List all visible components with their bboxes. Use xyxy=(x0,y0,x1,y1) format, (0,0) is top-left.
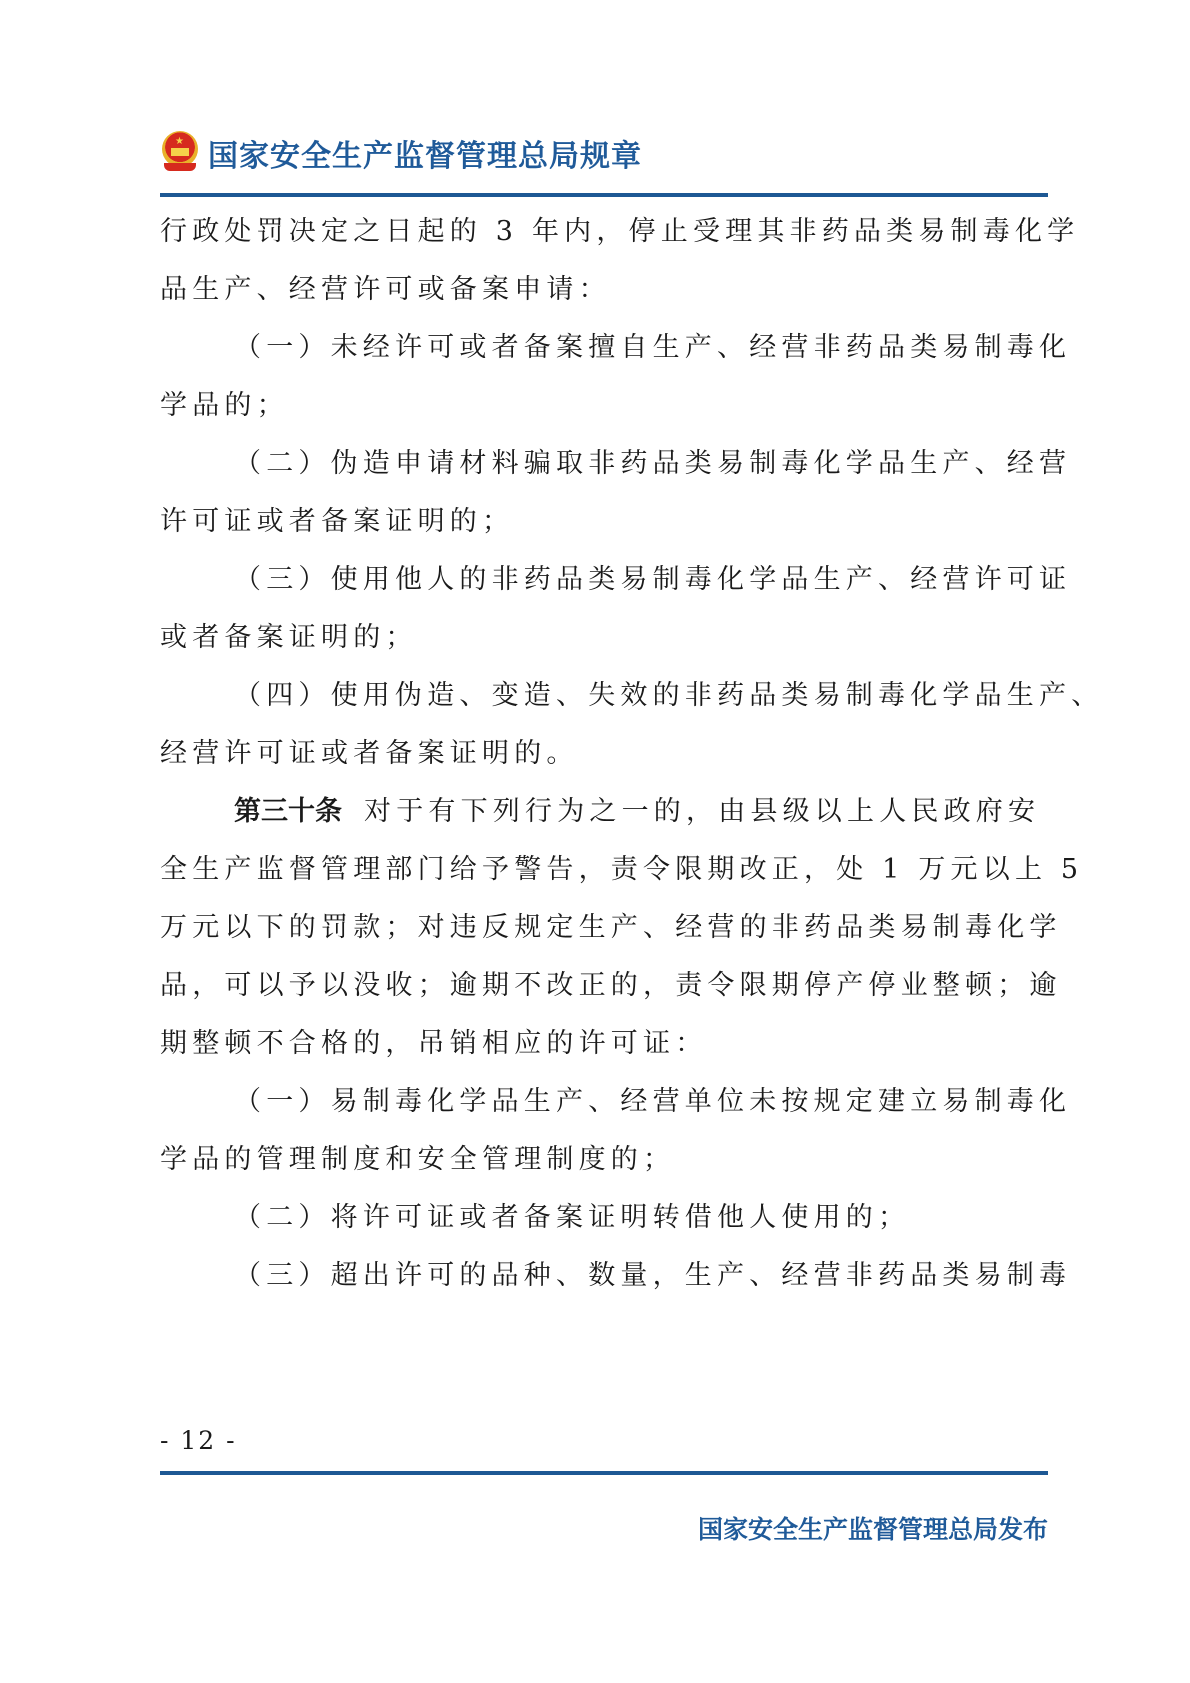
text-line: 学品的； xyxy=(160,377,1050,435)
text-line: （二）将许可证或者备案证明转借他人使用的； xyxy=(160,1189,1050,1247)
text-line: 万元以下的罚款；对违反规定生产、经营的非药品类易制毒化学 xyxy=(160,899,1050,957)
page-number: - 12 - xyxy=(160,1426,237,1455)
header-divider xyxy=(160,193,1048,197)
text-line: 品，可以予以没收；逾期不改正的，责令限期停产停业整顿；逾 xyxy=(160,957,1050,1015)
text-line: 经营许可证或者备案证明的。 xyxy=(160,725,1050,783)
text-line: （三）超出许可的品种、数量，生产、经营非药品类易制毒 xyxy=(160,1247,1050,1305)
text-line: 行政处罚决定之日起的 3 年内，停止受理其非药品类易制毒化学 xyxy=(160,203,1050,261)
text-line: （四）使用伪造、变造、失效的非药品类易制毒化学品生产、 xyxy=(160,667,1050,725)
text-line: （二）伪造申请材料骗取非药品类易制毒化学品生产、经营 xyxy=(160,435,1050,493)
article-heading-line: 第三十条对于有下列行为之一的，由县级以上人民政府安 xyxy=(160,783,1050,841)
article-first-line: 对于有下列行为之一的，由县级以上人民政府安 xyxy=(364,796,1040,827)
text-line: 全生产监督管理部门给予警告，责令限期改正，处 1 万元以上 5 xyxy=(160,841,1050,899)
text-line: 许可证或者备案证明的； xyxy=(160,493,1050,551)
article-number: 第三十条 xyxy=(234,796,342,827)
header-title: 国家安全生产监督管理总局规章 xyxy=(208,131,642,175)
text-line: （一）未经许可或者备案擅自生产、经营非药品类易制毒化 xyxy=(160,319,1050,377)
footer-divider xyxy=(160,1471,1048,1475)
text-line: 品生产、经营许可或备案申请： xyxy=(160,261,1050,319)
text-line: 期整顿不合格的，吊销相应的许可证： xyxy=(160,1015,1050,1073)
document-body: 行政处罚决定之日起的 3 年内，停止受理其非药品类易制毒化学 品生产、经营许可或… xyxy=(160,203,1050,1305)
text-line: 或者备案证明的； xyxy=(160,609,1050,667)
page-header: ★ 国家安全生产监督管理总局规章 xyxy=(160,128,642,178)
text-line: （三）使用他人的非药品类易制毒化学品生产、经营许可证 xyxy=(160,551,1050,609)
text-line: （一）易制毒化学品生产、经营单位未按规定建立易制毒化 xyxy=(160,1073,1050,1131)
national-emblem-icon: ★ xyxy=(160,131,200,175)
footer-publisher: 国家安全生产监督管理总局发布 xyxy=(698,1510,1048,1546)
text-line: 学品的管理制度和安全管理制度的； xyxy=(160,1131,1050,1189)
